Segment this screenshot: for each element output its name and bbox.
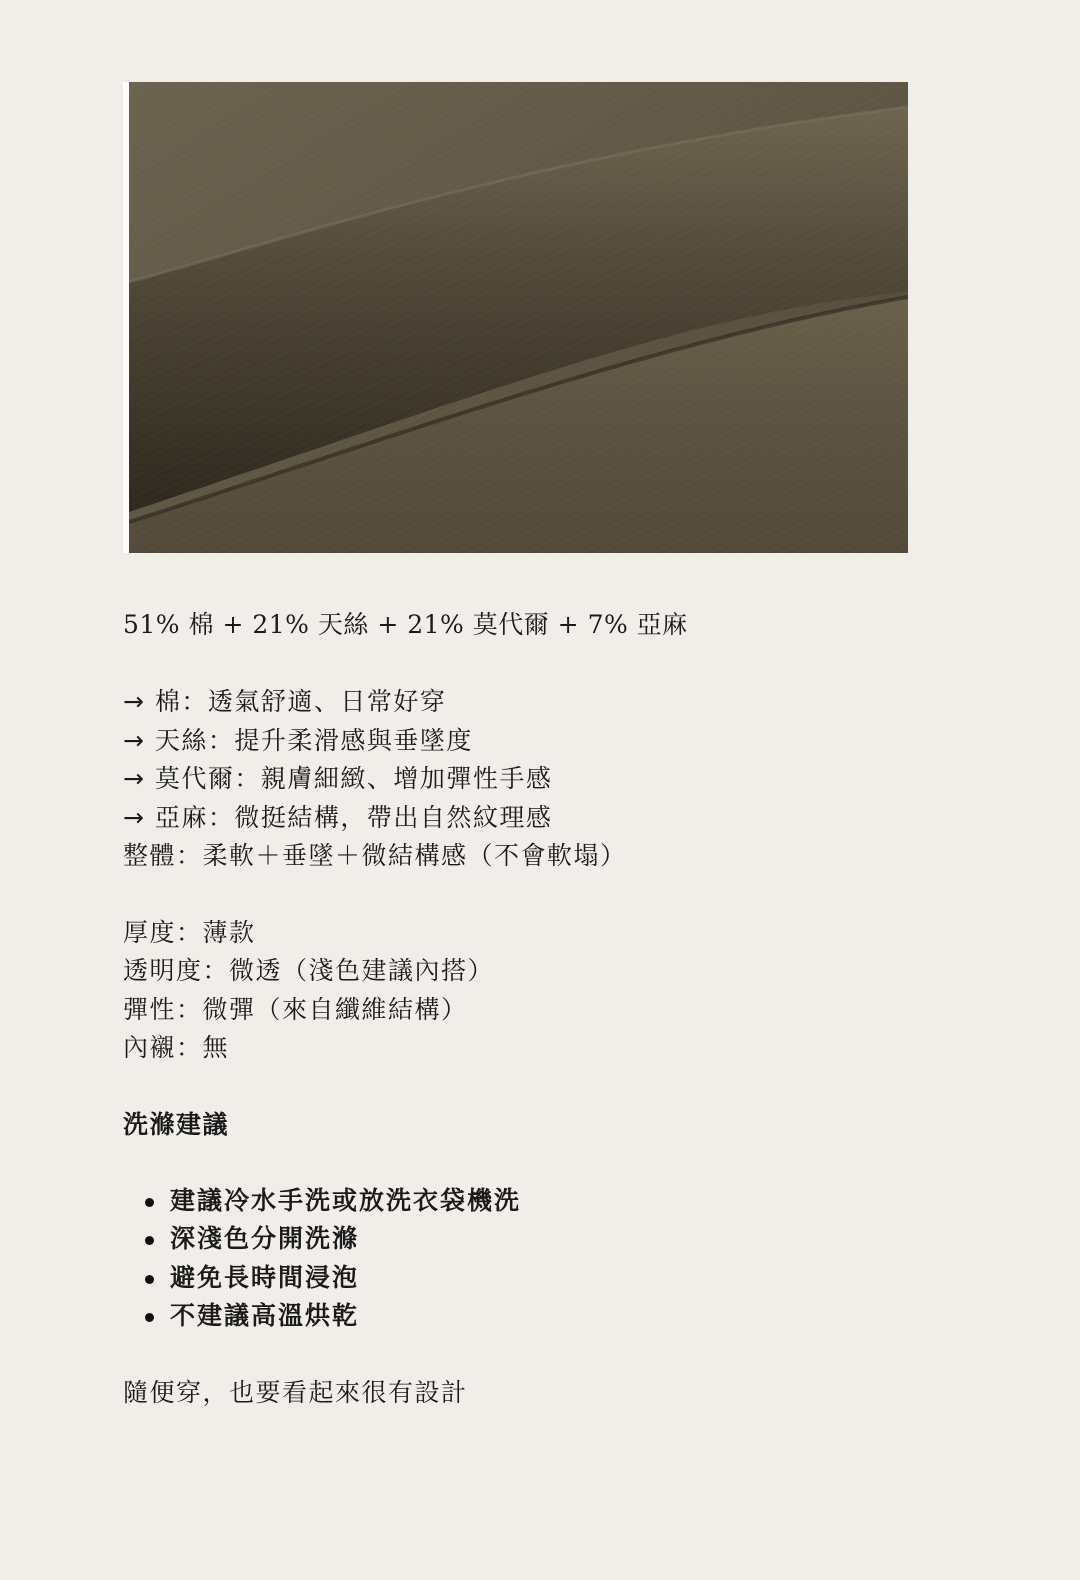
fiber-notes: → 棉：透氣舒適、日常好穿 → 天絲：提升柔滑感與垂墜度 → 莫代爾：親膚細緻、…	[123, 683, 943, 876]
spec-lining: 內襯：無	[123, 1029, 943, 1068]
care-item-text: 深淺色分開洗滌	[170, 1224, 359, 1253]
bullet-icon	[145, 1313, 154, 1322]
care-item: 深淺色分開洗滌	[145, 1220, 943, 1259]
product-fabric-image-frame	[123, 82, 908, 553]
bullet-icon	[145, 1236, 154, 1245]
tagline: 隨便穿，也要看起來很有設計	[123, 1374, 943, 1412]
care-item: 建議冷水手洗或放洗衣袋機洗	[145, 1182, 943, 1221]
fabric-composition: 51% 棉 + 21% 天絲 + 21% 莫代爾 + 7% 亞麻	[123, 605, 943, 645]
care-item-text: 建議冷水手洗或放洗衣袋機洗	[170, 1186, 521, 1215]
fiber-note-cotton: → 棉：透氣舒適、日常好穿	[123, 683, 943, 722]
fiber-note-overall: 整體：柔軟＋垂墜＋微結構感（不會軟塌）	[123, 837, 943, 876]
care-list: 建議冷水手洗或放洗衣袋機洗 深淺色分開洗滌 避免長時間浸泡 不建議高溫烘乾	[123, 1182, 943, 1336]
fiber-note-tencel: → 天絲：提升柔滑感與垂墜度	[123, 722, 943, 761]
fiber-note-modal: → 莫代爾：親膚細緻、增加彈性手感	[123, 760, 943, 799]
care-item: 不建議高溫烘乾	[145, 1297, 943, 1336]
bullet-icon	[145, 1198, 154, 1207]
fabric-specs: 厚度：薄款 透明度：微透（淺色建議內搭） 彈性：微彈（來自纖維結構） 內襯：無	[123, 914, 943, 1068]
care-item-text: 不建議高溫烘乾	[170, 1301, 359, 1330]
care-heading: 洗滌建議	[123, 1106, 943, 1144]
spec-elasticity: 彈性：微彈（來自纖維結構）	[123, 991, 943, 1030]
fabric-texture-illustration	[129, 82, 908, 553]
fabric-closeup-image	[129, 82, 908, 553]
product-description: 51% 棉 + 21% 天絲 + 21% 莫代爾 + 7% 亞麻 → 棉：透氣舒…	[123, 605, 943, 1412]
fiber-note-linen: → 亞麻：微挺結構，帶出自然紋理感	[123, 799, 943, 838]
care-item: 避免長時間浸泡	[145, 1259, 943, 1298]
spec-thickness: 厚度：薄款	[123, 914, 943, 953]
bullet-icon	[145, 1275, 154, 1284]
spec-transparency: 透明度：微透（淺色建議內搭）	[123, 952, 943, 991]
care-item-text: 避免長時間浸泡	[170, 1263, 359, 1292]
